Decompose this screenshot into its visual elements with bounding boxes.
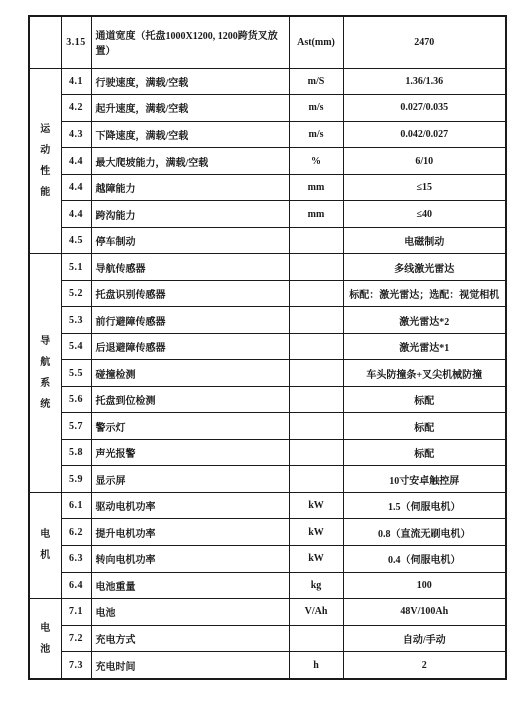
- index-cell: 5.7: [61, 413, 91, 440]
- spec-table: 3.15通道宽度（托盘1000X1200, 1200跨货叉放置）Ast(mm)2…: [28, 15, 507, 680]
- item-cell: 充电方式: [91, 625, 289, 652]
- unit-cell: h: [289, 652, 343, 679]
- item-cell: 行驶速度，满载/空载: [91, 68, 289, 95]
- value-cell: 0.027/0.035: [343, 95, 506, 122]
- value-cell: 1.5（伺服电机）: [343, 492, 506, 519]
- index-cell: 6.1: [61, 492, 91, 519]
- index-cell: 5.9: [61, 466, 91, 493]
- item-cell: 转向电机功率: [91, 545, 289, 572]
- table-row: 5.5碰撞检测车头防撞条+叉尖机械防撞: [29, 360, 506, 387]
- item-cell: 电池: [91, 599, 289, 626]
- category-cell: 电 机: [29, 492, 61, 598]
- index-cell: 4.1: [61, 68, 91, 95]
- item-cell: 前行避障传感器: [91, 307, 289, 334]
- table-row: 5.2托盘识别传感器标配：激光雷达；选配：视觉相机: [29, 280, 506, 307]
- item-cell: 电池重量: [91, 572, 289, 599]
- unit-cell: [289, 227, 343, 254]
- table-row: 5.9显示屏10寸安卓触控屏: [29, 466, 506, 493]
- table-row: 4.4越障能力mm≤15: [29, 174, 506, 201]
- unit-cell: [289, 333, 343, 360]
- item-cell: 显示屏: [91, 466, 289, 493]
- item-cell: 导航传感器: [91, 254, 289, 281]
- index-cell: 5.6: [61, 386, 91, 413]
- index-cell: 7.1: [61, 599, 91, 626]
- value-cell: 2470: [343, 16, 506, 68]
- table-row: 4.4最大爬坡能力，满载/空载%6/10: [29, 148, 506, 175]
- unit-cell: [289, 466, 343, 493]
- table-row: 6.4电池重量kg100: [29, 572, 506, 599]
- index-cell: 4.4: [61, 201, 91, 228]
- item-cell: 托盘到位检测: [91, 386, 289, 413]
- spec-table-body: 3.15通道宽度（托盘1000X1200, 1200跨货叉放置）Ast(mm)2…: [29, 16, 506, 679]
- unit-cell: mm: [289, 174, 343, 201]
- unit-cell: [289, 254, 343, 281]
- unit-cell: kg: [289, 572, 343, 599]
- category-cell: 导 航 系 统: [29, 254, 61, 493]
- unit-cell: mm: [289, 201, 343, 228]
- index-cell: 5.2: [61, 280, 91, 307]
- document-page: 3.15通道宽度（托盘1000X1200, 1200跨货叉放置）Ast(mm)2…: [0, 0, 517, 705]
- value-cell: 自动/手动: [343, 625, 506, 652]
- value-cell: 6/10: [343, 148, 506, 175]
- value-cell: 0.042/0.027: [343, 121, 506, 148]
- item-cell: 碰撞检测: [91, 360, 289, 387]
- table-row: 5.6托盘到位检测标配: [29, 386, 506, 413]
- index-cell: 6.2: [61, 519, 91, 546]
- table-row: 电 机6.1驱动电机功率kW1.5（伺服电机）: [29, 492, 506, 519]
- index-cell: 5.5: [61, 360, 91, 387]
- index-cell: 5.8: [61, 439, 91, 466]
- item-cell: 跨沟能力: [91, 201, 289, 228]
- value-cell: 标配：激光雷达；选配：视觉相机: [343, 280, 506, 307]
- unit-cell: m/S: [289, 68, 343, 95]
- index-cell: 4.3: [61, 121, 91, 148]
- table-row: 5.7警示灯标配: [29, 413, 506, 440]
- unit-cell: [289, 413, 343, 440]
- index-cell: 7.2: [61, 625, 91, 652]
- value-cell: 0.4（伺服电机）: [343, 545, 506, 572]
- index-cell: 5.4: [61, 333, 91, 360]
- value-cell: ≤15: [343, 174, 506, 201]
- category-cell: 电 池: [29, 599, 61, 679]
- table-row: 7.2充电方式自动/手动: [29, 625, 506, 652]
- unit-cell: kW: [289, 519, 343, 546]
- table-row: 4.4跨沟能力mm≤40: [29, 201, 506, 228]
- index-cell: 4.4: [61, 174, 91, 201]
- value-cell: ≤40: [343, 201, 506, 228]
- value-cell: 电磁制动: [343, 227, 506, 254]
- unit-cell: [289, 439, 343, 466]
- index-cell: 5.3: [61, 307, 91, 334]
- index-cell: 4.2: [61, 95, 91, 122]
- table-row: 6.3转向电机功率kW0.4（伺服电机）: [29, 545, 506, 572]
- unit-cell: V/Ah: [289, 599, 343, 626]
- index-cell: 4.5: [61, 227, 91, 254]
- table-row: 4.5停车制动电磁制动: [29, 227, 506, 254]
- item-cell: 充电时间: [91, 652, 289, 679]
- unit-cell: m/s: [289, 121, 343, 148]
- index-cell: 4.4: [61, 148, 91, 175]
- item-cell: 停车制动: [91, 227, 289, 254]
- item-cell: 越障能力: [91, 174, 289, 201]
- index-cell: 7.3: [61, 652, 91, 679]
- unit-cell: %: [289, 148, 343, 175]
- value-cell: 激光雷达*1: [343, 333, 506, 360]
- table-row: 5.3前行避障传感器激光雷达*2: [29, 307, 506, 334]
- value-cell: 100: [343, 572, 506, 599]
- item-cell: 通道宽度（托盘1000X1200, 1200跨货叉放置）: [91, 16, 289, 68]
- value-cell: 标配: [343, 439, 506, 466]
- unit-cell: kW: [289, 492, 343, 519]
- table-row: 6.2提升电机功率kW0.8（直流无刷电机）: [29, 519, 506, 546]
- item-cell: 声光报警: [91, 439, 289, 466]
- index-cell: 6.3: [61, 545, 91, 572]
- category-cell: [29, 16, 61, 68]
- table-row: 5.4后退避障传感器激光雷达*1: [29, 333, 506, 360]
- table-row: 导 航 系 统5.1导航传感器多线激光雷达: [29, 254, 506, 281]
- unit-cell: [289, 360, 343, 387]
- item-cell: 提升电机功率: [91, 519, 289, 546]
- index-cell: 5.1: [61, 254, 91, 281]
- value-cell: 标配: [343, 413, 506, 440]
- value-cell: 车头防撞条+叉尖机械防撞: [343, 360, 506, 387]
- table-row: 电 池7.1电池V/Ah48V/100Ah: [29, 599, 506, 626]
- unit-cell: [289, 280, 343, 307]
- category-cell: 运 动 性 能: [29, 68, 61, 254]
- unit-cell: kW: [289, 545, 343, 572]
- table-row: 4.3下降速度，满载/空载m/s0.042/0.027: [29, 121, 506, 148]
- table-row: 5.8声光报警标配: [29, 439, 506, 466]
- value-cell: 标配: [343, 386, 506, 413]
- unit-cell: [289, 386, 343, 413]
- table-row: 7.3充电时间h2: [29, 652, 506, 679]
- index-cell: 3.15: [61, 16, 91, 68]
- value-cell: 多线激光雷达: [343, 254, 506, 281]
- item-cell: 驱动电机功率: [91, 492, 289, 519]
- value-cell: 1.36/1.36: [343, 68, 506, 95]
- index-cell: 6.4: [61, 572, 91, 599]
- unit-cell: [289, 625, 343, 652]
- value-cell: 10寸安卓触控屏: [343, 466, 506, 493]
- item-cell: 最大爬坡能力，满载/空载: [91, 148, 289, 175]
- table-row: 运 动 性 能4.1行驶速度，满载/空载m/S1.36/1.36: [29, 68, 506, 95]
- unit-cell: [289, 307, 343, 334]
- unit-cell: m/s: [289, 95, 343, 122]
- item-cell: 下降速度，满载/空载: [91, 121, 289, 148]
- item-cell: 警示灯: [91, 413, 289, 440]
- value-cell: 2: [343, 652, 506, 679]
- item-cell: 起升速度，满载/空载: [91, 95, 289, 122]
- value-cell: 激光雷达*2: [343, 307, 506, 334]
- value-cell: 48V/100Ah: [343, 599, 506, 626]
- unit-cell: Ast(mm): [289, 16, 343, 68]
- item-cell: 后退避障传感器: [91, 333, 289, 360]
- table-row: 4.2起升速度，满载/空载m/s0.027/0.035: [29, 95, 506, 122]
- value-cell: 0.8（直流无刷电机）: [343, 519, 506, 546]
- table-row: 3.15通道宽度（托盘1000X1200, 1200跨货叉放置）Ast(mm)2…: [29, 16, 506, 68]
- item-cell: 托盘识别传感器: [91, 280, 289, 307]
